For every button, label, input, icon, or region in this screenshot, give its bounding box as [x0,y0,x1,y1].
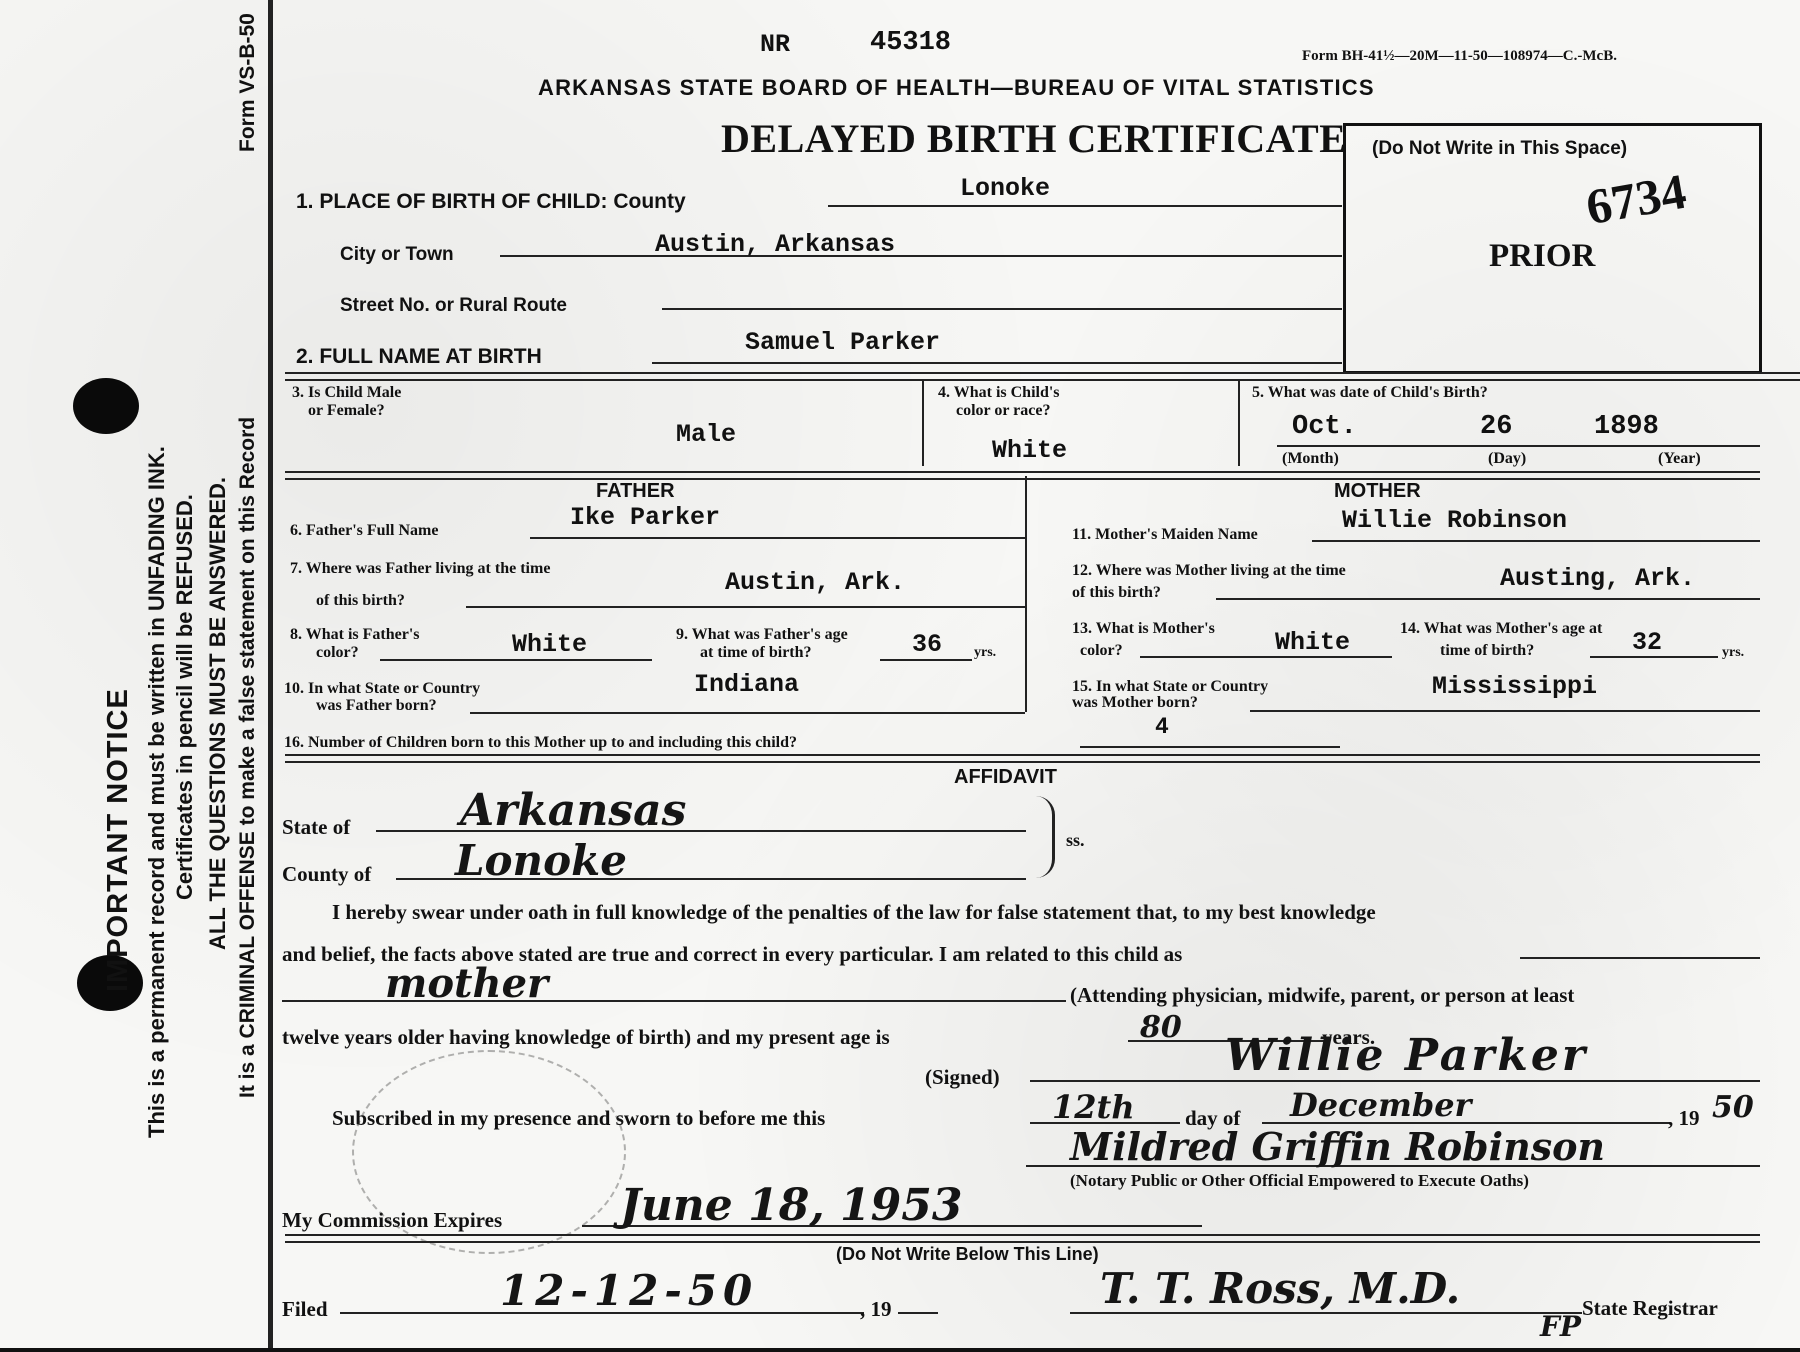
race-label-line1: 4. What is Child's [938,384,1060,402]
father-age-label-2: at time of birth? [700,644,812,662]
mother-name-line [1312,540,1760,542]
father-birthplace-label-2: was Father born? [316,697,437,715]
mother-age-value[interactable]: 32 [1632,628,1662,657]
affidavit-heading: AFFIDAVIT [954,766,1057,789]
mother-birthplace-line [1250,710,1760,712]
mother-age-unit: yrs. [1722,644,1744,662]
father-residence-label-1: 7. Where was Father living at the time [290,560,550,578]
father-age-value[interactable]: 36 [912,630,942,659]
mother-residence-value[interactable]: Austing, Ark. [1500,564,1695,593]
mother-birthplace-value[interactable]: Mississippi [1432,672,1597,701]
certificate-title: DELAYED BIRTH CERTIFICATE [721,115,1346,162]
notary-signature[interactable]: Mildred Griffin Robinson [1070,1124,1605,1169]
divider-before-filing [285,1234,1760,1243]
divider-father-mother [1025,476,1027,712]
relation-value[interactable]: mother [385,960,548,1007]
father-age-unit: yrs. [974,644,996,662]
mother-age-label-2: time of birth? [1440,642,1534,660]
filed-label: Filed [282,1297,328,1322]
punch-hole-top [73,378,139,434]
notice-line-2: Certificates in pencil will be REFUSED. [172,494,198,900]
birth-city-value[interactable]: Austin, Arkansas [655,230,895,259]
father-residence-line [466,606,1025,608]
month-caption: (Month) [1282,450,1339,468]
father-name-line [530,537,1025,539]
sex-label-line1: 3. Is Child Male [292,384,401,402]
bottom-border [0,1348,1800,1352]
mother-age-label-1: 14. What was Mother's age at [1400,620,1602,638]
notary-caption: (Notary Public or Other Official Empower… [1070,1172,1529,1190]
nr-label: NR [760,30,790,59]
notice-line-1: This is a permanent record and must be w… [144,446,170,1138]
registrar-initials: FP [1540,1310,1581,1343]
father-birthplace-value[interactable]: Indiana [694,670,799,699]
street-line [662,308,1342,310]
sworn-month-value[interactable]: December [1290,1086,1471,1124]
county-line [828,205,1342,207]
agency-name: ARKANSAS STATE BOARD OF HEALTH—BUREAU OF… [538,75,1375,101]
mother-color-label-2: color? [1080,642,1123,660]
dob-day-value[interactable]: 26 [1480,412,1512,442]
father-color-label-1: 8. What is Father's [290,626,419,644]
divider-after-name [285,372,1800,381]
form-code: Form VS-B-50 [236,13,260,152]
mother-residence-label-1: 12. Where was Mother living at the time [1072,562,1346,580]
sex-value[interactable]: Male [676,420,736,449]
father-residence-value[interactable]: Austin, Ark. [725,568,905,597]
children-count-value[interactable]: 4 [1155,714,1169,740]
father-age-label-1: 9. What was Father's age [676,626,848,644]
divider-sex-race [922,380,924,466]
registrar-signature[interactable]: T. T. Ross, M.D. [1100,1264,1460,1313]
notice-title: IMPORTANT NOTICE [102,688,135,992]
registrar-label: State Registrar [1582,1296,1718,1321]
notary-seal [352,1050,626,1254]
dob-line [1277,445,1760,447]
present-age-value[interactable]: 80 [1140,1010,1182,1045]
mother-color-value[interactable]: White [1275,628,1350,657]
birth-county-value[interactable]: Lonoke [960,174,1050,203]
children-count-label: 16. Number of Children born to this Moth… [284,734,797,752]
filed-year-line [898,1312,938,1314]
mother-heading: MOTHER [1334,480,1421,503]
mother-name-label: 11. Mother's Maiden Name [1072,526,1258,544]
children-count-line [1080,746,1340,748]
divider-before-affidavit [285,754,1760,763]
divider-race-dob [1238,380,1240,466]
mother-birthplace-label-2: was Mother born? [1072,694,1198,712]
sex-label: 3. Is Child Male or Female? [292,384,401,420]
full-name-label: 2. FULL NAME AT BIRTH [296,345,542,369]
race-label-line2: color or race? [938,402,1060,420]
county-of-label: County of [282,862,371,887]
father-color-value[interactable]: White [512,630,587,659]
registration-number: 6734 [1582,162,1691,236]
notice-line-4: It is a CRIMINAL OFFENSE to make a false… [236,417,260,1098]
father-name-label: 6. Father's Full Name [290,522,438,540]
year-caption: (Year) [1658,450,1701,468]
brace [1036,796,1055,878]
delayed-birth-certificate: IMPORTANT NOTICE This is a permanent rec… [0,0,1800,1352]
dob-label: 5. What was date of Child's Birth? [1252,384,1488,402]
filing-caption: (Do Not Write Below This Line) [836,1244,1099,1265]
office-box-caption: (Do Not Write in This Space) [1372,138,1627,160]
father-color-label-2: color? [316,644,359,662]
father-color-line [380,659,652,661]
sex-label-line2: or Female? [292,402,401,420]
father-birthplace-line [470,712,1025,714]
relation-line-top [1520,957,1760,959]
father-residence-label-2: of this birth? [316,592,405,610]
mother-name-value[interactable]: Willie Robinson [1342,506,1567,535]
father-name-value[interactable]: Ike Parker [570,503,720,532]
oath-line-1: I hereby swear under oath in full knowle… [332,900,1376,925]
dob-year-value[interactable]: 1898 [1594,412,1659,442]
oath-line-4: twelve years older having knowledge of b… [282,1025,890,1050]
race-label: 4. What is Child's color or race? [938,384,1060,420]
state-of-label: State of [282,815,350,840]
mother-color-line [1140,656,1392,658]
race-value[interactable]: White [992,436,1067,465]
signed-label: (Signed) [925,1065,1000,1090]
day-caption: (Day) [1488,450,1526,468]
affiant-signature[interactable]: Willie Parker [1225,1030,1588,1081]
full-name-line [652,362,1342,364]
important-notice-sidebar: IMPORTANT NOTICE This is a permanent rec… [0,0,268,1352]
filed-year-label: , 19 [860,1297,892,1322]
father-age-line [880,659,972,661]
relation-note: (Attending physician, midwife, parent, o… [1070,983,1574,1008]
sworn-year-value[interactable]: 50 [1712,1090,1754,1125]
form-number: Form BH-41½—20M—11-50—108974—C.-McB. [1302,48,1617,65]
ss-label: ss. [1066,830,1085,851]
sworn-day-value[interactable]: 12th [1052,1088,1135,1126]
sidebar-border [268,0,273,1352]
mother-color-label-1: 13. What is Mother's [1072,620,1215,638]
affidavit-county-value[interactable]: Lonoke [455,836,627,885]
affidavit-state-value[interactable]: Arkansas [460,785,686,836]
street-label: Street No. or Rural Route [340,295,567,317]
full-name-value[interactable]: Samuel Parker [745,328,940,357]
mother-residence-label-2: of this birth? [1072,584,1161,602]
city-line [500,255,1342,257]
prior-stamp: PRIOR [1489,238,1595,275]
office-use-box: (Do Not Write in This Space) 6734 PRIOR [1343,123,1762,374]
notice-line-3: ALL THE QUESTIONS MUST BE ANSWERED. [205,477,231,950]
father-heading: FATHER [596,480,675,503]
filed-date-value[interactable]: 12-12-50 [500,1266,758,1315]
year-prefix: , 19 [1668,1106,1700,1131]
father-birthplace-label-1: 10. In what State or Country [284,680,480,698]
divider-after-child [285,471,1760,480]
commission-date-value[interactable]: June 18, 1953 [620,1180,962,1231]
dob-month-value[interactable]: Oct. [1292,412,1357,442]
mother-residence-line [1216,598,1760,600]
place-of-birth-label: 1. PLACE OF BIRTH OF CHILD: County [296,190,686,214]
city-label: City or Town [340,244,454,266]
nr-number: 45318 [870,28,951,58]
